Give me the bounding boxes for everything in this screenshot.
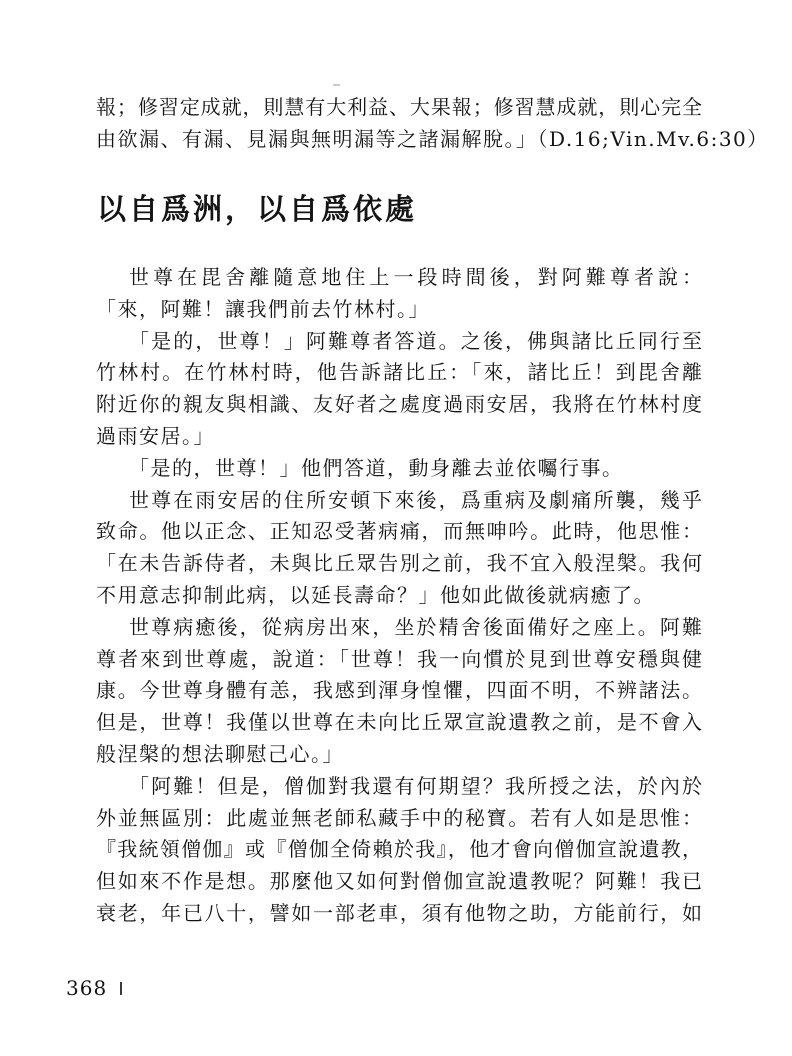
- section-heading: 以自爲洲，以自爲依處: [97, 190, 417, 228]
- body-line: 不用意志抑制此病，以延長壽命？」他如此做後就病癒了。: [96, 580, 702, 612]
- body-line: 衰老，年已八十，譬如一部老車，須有他物之助，方能前行，如: [96, 898, 702, 930]
- body-line: 附近你的親友與相識、友好者之處度過雨安居，我將在竹林村度: [96, 389, 702, 421]
- body-line: 但是，世尊！我僅以世尊在未向比丘眾宣說遺教之前，是不會入: [96, 707, 702, 739]
- body-line: 『我統領僧伽』或『僧伽全倚賴於我』，他才會向僧伽宣說遺教，: [96, 834, 702, 866]
- body-line: 過雨安居。」: [96, 421, 702, 453]
- body-line: 外並無區別：此處並無老師私藏手中的秘寶。若有人如是思惟：: [96, 803, 702, 835]
- body-line: 致命。他以正念、正知忍受著病痛，而無呻吟。此時，他思惟：: [96, 516, 702, 548]
- opening-line-with-citation: 由欲漏、有漏、見漏與無明漏等之諸漏解脫。」（D.16;Vin.Mv.6:30）: [96, 124, 702, 156]
- body-line: 「在未告訴侍者，未與比丘眾告別之前，我不宜入般涅槃。我何: [96, 548, 702, 580]
- body-text: 世尊在毘舍離隨意地住上一段時間後，對阿難尊者說： 「來，阿難！讓我們前去竹林村。…: [96, 262, 702, 930]
- body-line: 世尊在毘舍離隨意地住上一段時間後，對阿難尊者說：: [96, 262, 702, 294]
- body-line: 「是的，世尊！」他們答道，動身離去並依囑行事。: [96, 453, 702, 485]
- opening-paragraph: 報；修習定成就，則慧有大利益、大果報；修習慧成就，則心完全 由欲漏、有漏、見漏與…: [96, 92, 702, 156]
- body-line: 但如來不作是想。那麼他又如何對僧伽宣說遺教呢？阿難！我已: [96, 866, 702, 898]
- page-number-tick: [120, 982, 122, 995]
- scan-artifact-dash: [333, 84, 340, 86]
- opening-line: 報；修習定成就，則慧有大利益、大果報；修習慧成就，則心完全: [96, 92, 702, 124]
- page-number: 368: [66, 976, 107, 1000]
- body-line: 尊者來到世尊處，說道：「世尊！我一向慣於見到世尊安穩與健: [96, 644, 702, 676]
- body-line: 世尊病癒後，從病房出來，坐於精舍後面備好之座上。阿難: [96, 612, 702, 644]
- body-line: 「是的，世尊！」阿難尊者答道。之後，佛與諸比丘同行至: [96, 326, 702, 358]
- body-line: 「阿難！但是，僧伽對我還有何期望？我所授之法，於內於: [96, 771, 702, 803]
- body-line: 康。今世尊身體有恙，我感到渾身惶懼，四面不明，不辨諸法。: [96, 675, 702, 707]
- page-footer: 368: [66, 976, 122, 1000]
- body-line: 「來，阿難！讓我們前去竹林村。」: [96, 294, 702, 326]
- body-line: 般涅槃的想法聊慰己心。」: [96, 739, 702, 771]
- book-page: 報；修習定成就，則慧有大利益、大果報；修習慧成就，則心完全 由欲漏、有漏、見漏與…: [0, 0, 792, 1056]
- body-line: 竹林村。在竹林村時，他告訴諸比丘：「來，諸比丘！到毘舍離: [96, 357, 702, 389]
- body-line: 世尊在雨安居的住所安頓下來後，爲重病及劇痛所襲，幾乎: [96, 485, 702, 517]
